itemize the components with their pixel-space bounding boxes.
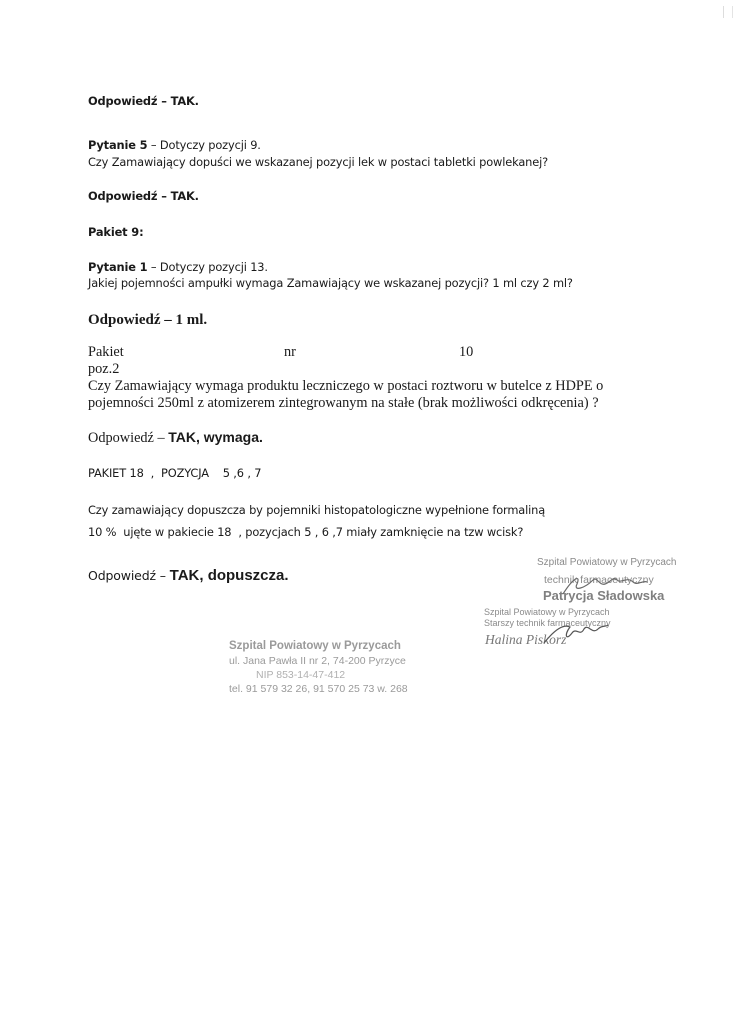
pakiet-10-number: 10 <box>459 344 473 361</box>
answer-3: Odpowiedź – 1 ml. <box>88 312 207 329</box>
question-1-heading: Pytanie 1 – Dotyczy pozycji 13. <box>88 260 268 274</box>
pakiet-10-position: poz.2 <box>88 361 119 378</box>
question-1-label: Pytanie 1 <box>88 260 147 274</box>
pakiet-10-answer: Odpowiedź – TAK, wymaga. <box>88 429 263 447</box>
pakiet-10-word: Pakiet <box>88 344 124 361</box>
stamp-3-address: ul. Jana Pawła II nr 2, 74-200 Pyrzyce <box>229 655 406 667</box>
question-5-text: Czy Zamawiający dopuści we wskazanej poz… <box>88 155 548 169</box>
pakiet-10-answer-prefix: Odpowiedź – <box>88 430 168 446</box>
question-1-text: Jakiej pojemności ampułki wymaga Zamawia… <box>88 276 573 290</box>
scan-artifact <box>723 6 733 18</box>
question-5-label: Pytanie 5 <box>88 138 147 152</box>
stamp-1-hospital: Szpital Powiatowy w Pyrzycach <box>537 557 677 568</box>
question-5-ref: Dotyczy pozycji 9. <box>160 138 261 152</box>
document-page: Odpowiedź – TAK. Pytanie 5 – Dotyczy poz… <box>0 0 745 1024</box>
stamp-3-nip: NIP 853-14-47-412 <box>256 669 345 681</box>
pakiet-9-heading: Pakiet 9: <box>88 225 143 239</box>
pakiet-18-heading: PAKIET 18 , POZYCJA 5 ,6 , 7 <box>88 466 261 480</box>
pakiet-10-answer-value: TAK, wymaga. <box>168 429 263 445</box>
pakiet-18-question-line-2: 10 % ujęte w pakiecie 18 , pozycjach 5 ,… <box>88 525 523 539</box>
question-5-dash: – <box>147 138 160 152</box>
pakiet-18-answer-value: TAK, dopuszcza. <box>170 567 289 584</box>
answer-2: Odpowiedź – TAK. <box>88 189 199 203</box>
answer-1: Odpowiedź – TAK. <box>88 94 199 108</box>
question-1-dash: – <box>147 260 160 274</box>
stamp-3-hospital: Szpital Powiatowy w Pyrzycach <box>229 640 401 652</box>
stamp-3-phone: tel. 91 579 32 26, 91 570 25 73 w. 268 <box>229 683 408 695</box>
pakiet-18-answer-prefix: Odpowiedź – <box>88 568 170 583</box>
pakiet-18-answer: Odpowiedź – TAK, dopuszcza. <box>88 567 289 585</box>
signature-2-icon <box>540 615 610 650</box>
pakiet-10-question-line-1: Czy Zamawiający wymaga produktu lecznicz… <box>88 378 603 395</box>
pakiet-10-nr: nr <box>284 344 296 361</box>
question-5-heading: Pytanie 5 – Dotyczy pozycji 9. <box>88 138 261 152</box>
signature-1-icon <box>555 570 650 600</box>
pakiet-10-question-line-2: pojemności 250ml z atomizerem zintegrowa… <box>88 395 599 412</box>
question-1-ref: Dotyczy pozycji 13. <box>160 260 268 274</box>
pakiet-18-question-line-1: Czy zamawiający dopuszcza by pojemniki h… <box>88 503 545 517</box>
